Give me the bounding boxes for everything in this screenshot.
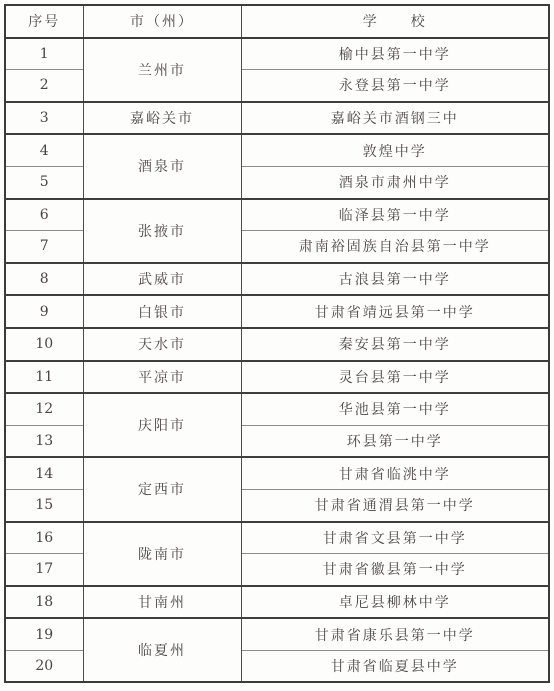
header-row: 序号 市（州） 学 校 (5, 5, 549, 38)
city-cell: 嘉峪关市 (83, 102, 241, 135)
school-cell: 酒泉市肃州中学 (241, 166, 549, 198)
table-row: 16陇南市甘肃省文县第一中学 (5, 522, 549, 554)
school-cell: 甘肃省靖远县第一中学 (241, 295, 549, 328)
serial-number-cell: 1 (5, 38, 83, 70)
city-cell: 天水市 (83, 328, 241, 361)
serial-number-cell: 2 (5, 70, 83, 102)
table-row: 19临夏州甘肃省康乐县第一中学 (5, 618, 549, 650)
city-cell: 陇南市 (83, 522, 241, 586)
serial-number-cell: 17 (5, 554, 83, 586)
table-row: 9白银市甘肃省靖远县第一中学 (5, 295, 549, 328)
header-school: 学 校 (241, 5, 549, 38)
table-row: 11平凉市灵台县第一中学 (5, 361, 549, 394)
city-cell: 白银市 (83, 295, 241, 328)
serial-number-cell: 5 (5, 166, 83, 198)
serial-number-cell: 18 (5, 586, 83, 619)
serial-number-cell: 4 (5, 134, 83, 166)
school-cell: 华池县第一中学 (241, 393, 549, 425)
city-cell: 武威市 (83, 263, 241, 296)
table-row: 8武威市古浪县第一中学 (5, 263, 549, 296)
header-city-prefecture: 市（州） (83, 5, 241, 38)
document-page: 序号 市（州） 学 校 1兰州市榆中县第一中学2永登县第一中学3嘉峪关市嘉峪关市… (0, 0, 554, 691)
school-cell: 甘肃省临洮中学 (241, 457, 549, 489)
serial-number-cell: 6 (5, 199, 83, 231)
school-cell: 临泽县第一中学 (241, 199, 549, 231)
school-list-table: 序号 市（州） 学 校 1兰州市榆中县第一中学2永登县第一中学3嘉峪关市嘉峪关市… (4, 4, 550, 683)
school-cell: 环县第一中学 (241, 425, 549, 457)
school-cell: 秦安县第一中学 (241, 328, 549, 361)
school-cell: 灵台县第一中学 (241, 361, 549, 394)
serial-number-cell: 15 (5, 489, 83, 521)
serial-number-cell: 20 (5, 650, 83, 682)
serial-number-cell: 14 (5, 457, 83, 489)
table-body: 1兰州市榆中县第一中学2永登县第一中学3嘉峪关市嘉峪关市酒钢三中4酒泉市敦煌中学… (5, 38, 549, 683)
serial-number-cell: 16 (5, 522, 83, 554)
school-cell: 嘉峪关市酒钢三中 (241, 102, 549, 135)
serial-number-cell: 13 (5, 425, 83, 457)
table-row: 1兰州市榆中县第一中学 (5, 38, 549, 70)
school-cell: 甘肃省临夏县中学 (241, 650, 549, 682)
city-cell: 酒泉市 (83, 134, 241, 198)
table-row: 6张掖市临泽县第一中学 (5, 199, 549, 231)
serial-number-cell: 9 (5, 295, 83, 328)
school-cell: 甘肃省康乐县第一中学 (241, 618, 549, 650)
city-cell: 张掖市 (83, 199, 241, 263)
serial-number-cell: 8 (5, 263, 83, 296)
table-row: 12庆阳市华池县第一中学 (5, 393, 549, 425)
school-cell: 永登县第一中学 (241, 70, 549, 102)
city-cell: 庆阳市 (83, 393, 241, 457)
table-row: 18甘南州卓尼县柳林中学 (5, 586, 549, 619)
school-cell: 榆中县第一中学 (241, 38, 549, 70)
school-cell: 甘肃省文县第一中学 (241, 522, 549, 554)
school-cell: 肃南裕固族自治县第一中学 (241, 231, 549, 263)
table-row: 4酒泉市敦煌中学 (5, 134, 549, 166)
serial-number-cell: 10 (5, 328, 83, 361)
city-cell: 平凉市 (83, 361, 241, 394)
table-row: 3嘉峪关市嘉峪关市酒钢三中 (5, 102, 549, 135)
school-cell: 卓尼县柳林中学 (241, 586, 549, 619)
table-row: 14定西市甘肃省临洮中学 (5, 457, 549, 489)
serial-number-cell: 11 (5, 361, 83, 394)
city-cell: 兰州市 (83, 38, 241, 102)
serial-number-cell: 7 (5, 231, 83, 263)
school-cell: 甘肃省通渭县第一中学 (241, 489, 549, 521)
city-cell: 甘南州 (83, 586, 241, 619)
serial-number-cell: 3 (5, 102, 83, 135)
header-serial-number: 序号 (5, 5, 83, 38)
serial-number-cell: 19 (5, 618, 83, 650)
table-row: 10天水市秦安县第一中学 (5, 328, 549, 361)
school-cell: 甘肃省徽县第一中学 (241, 554, 549, 586)
city-cell: 临夏州 (83, 618, 241, 682)
school-cell: 古浪县第一中学 (241, 263, 549, 296)
school-cell: 敦煌中学 (241, 134, 549, 166)
city-cell: 定西市 (83, 457, 241, 521)
serial-number-cell: 12 (5, 393, 83, 425)
